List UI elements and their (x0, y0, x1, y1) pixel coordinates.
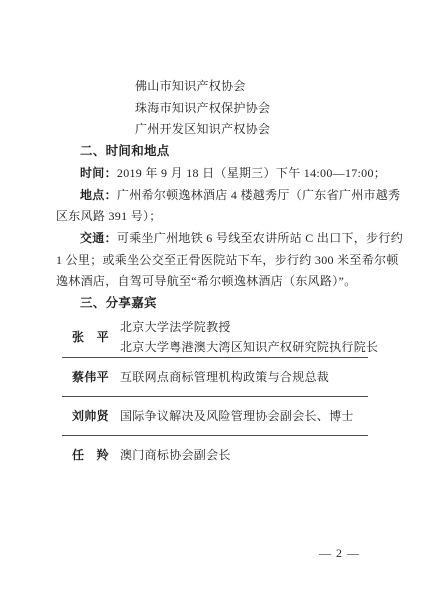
venue-line-1: 地点：广州希尔顿逸林酒店 4 楼越秀厅（广东省广州市越秀 (56, 185, 404, 207)
speaker-row: 刘帅贤 国际争议解决及风险管理协会副会长、博士 (62, 397, 368, 435)
speaker-name: 蔡伟平 (72, 368, 120, 385)
page-content: 佛山市知识产权协会 珠海市知识产权保护协会 广州开发区知识产权协会 二、时间和地… (56, 76, 404, 474)
speaker-title: 澳门商标协会副会长 (120, 445, 231, 465)
venue-label: 地点： (80, 188, 117, 202)
speaker-name: 张 平 (72, 328, 120, 345)
speaker-row: 张 平 北京大学法学院教授 北京大学粤港澳大湾区知识产权研究院执行院长 (62, 317, 368, 357)
speaker-name: 刘帅贤 (72, 407, 120, 424)
speaker-title: 互联网点商标管理机构政策与合规总裁 (120, 367, 329, 387)
venue-line-2: 区东风路 391 号）； (56, 206, 404, 228)
section-heading-time-venue: 二、时间和地点 (56, 141, 404, 163)
section-heading-speakers: 三、分享嘉宾 (56, 293, 404, 315)
speaker-title: 国际争议解决及风险管理协会副会长、博士 (120, 406, 354, 426)
speaker-row: 蔡伟平 互联网点商标管理机构政策与合规总裁 (62, 358, 368, 396)
organizer-item: 佛山市知识产权协会 (135, 76, 404, 98)
speaker-titles: 互联网点商标管理机构政策与合规总裁 (120, 367, 329, 387)
speaker-title: 北京大学法学院教授 (120, 317, 378, 337)
transport-value-1: 可乘坐广州地铁 6 号线至农讲所站 C 出口下，步行约 (117, 231, 403, 245)
speaker-title: 北京大学粤港澳大湾区知识产权研究院执行院长 (120, 337, 378, 357)
page-number: — 2 — (319, 546, 360, 561)
venue-value-1: 广州希尔顿逸林酒店 4 楼越秀厅（广东省广州市越秀 (117, 188, 401, 202)
speaker-name: 任 羚 (72, 446, 120, 463)
organizer-item: 广州开发区知识产权协会 (135, 119, 404, 141)
transport-label: 交通： (80, 231, 117, 245)
organizer-item: 珠海市知识产权保护协会 (135, 98, 404, 120)
time-label: 时间： (80, 166, 117, 180)
time-value: 2019 年 9 月 18 日（星期三）下午 14:00—17:00； (117, 166, 386, 180)
speaker-row: 任 羚 澳门商标协会副会长 (62, 436, 368, 474)
time-line: 时间：2019 年 9 月 18 日（星期三）下午 14:00—17:00； (56, 163, 404, 185)
transport-line-2: 1 公里；或乘坐公交至正骨医院站下车，步行约 300 米至希尔顿 (56, 250, 404, 272)
document-page: 佛山市知识产权协会 珠海市知识产权保护协会 广州开发区知识产权协会 二、时间和地… (0, 0, 424, 600)
speaker-table: 张 平 北京大学法学院教授 北京大学粤港澳大湾区知识产权研究院执行院长 蔡伟平 … (62, 317, 368, 474)
transport-line-3: 逸林酒店，自驾可导航至“希尔顿逸林酒店（东风路）”。 (56, 271, 404, 293)
speaker-titles: 北京大学法学院教授 北京大学粤港澳大湾区知识产权研究院执行院长 (120, 317, 378, 357)
speaker-titles: 国际争议解决及风险管理协会副会长、博士 (120, 406, 354, 426)
speaker-titles: 澳门商标协会副会长 (120, 445, 231, 465)
transport-line-1: 交通：可乘坐广州地铁 6 号线至农讲所站 C 出口下，步行约 (56, 228, 404, 250)
